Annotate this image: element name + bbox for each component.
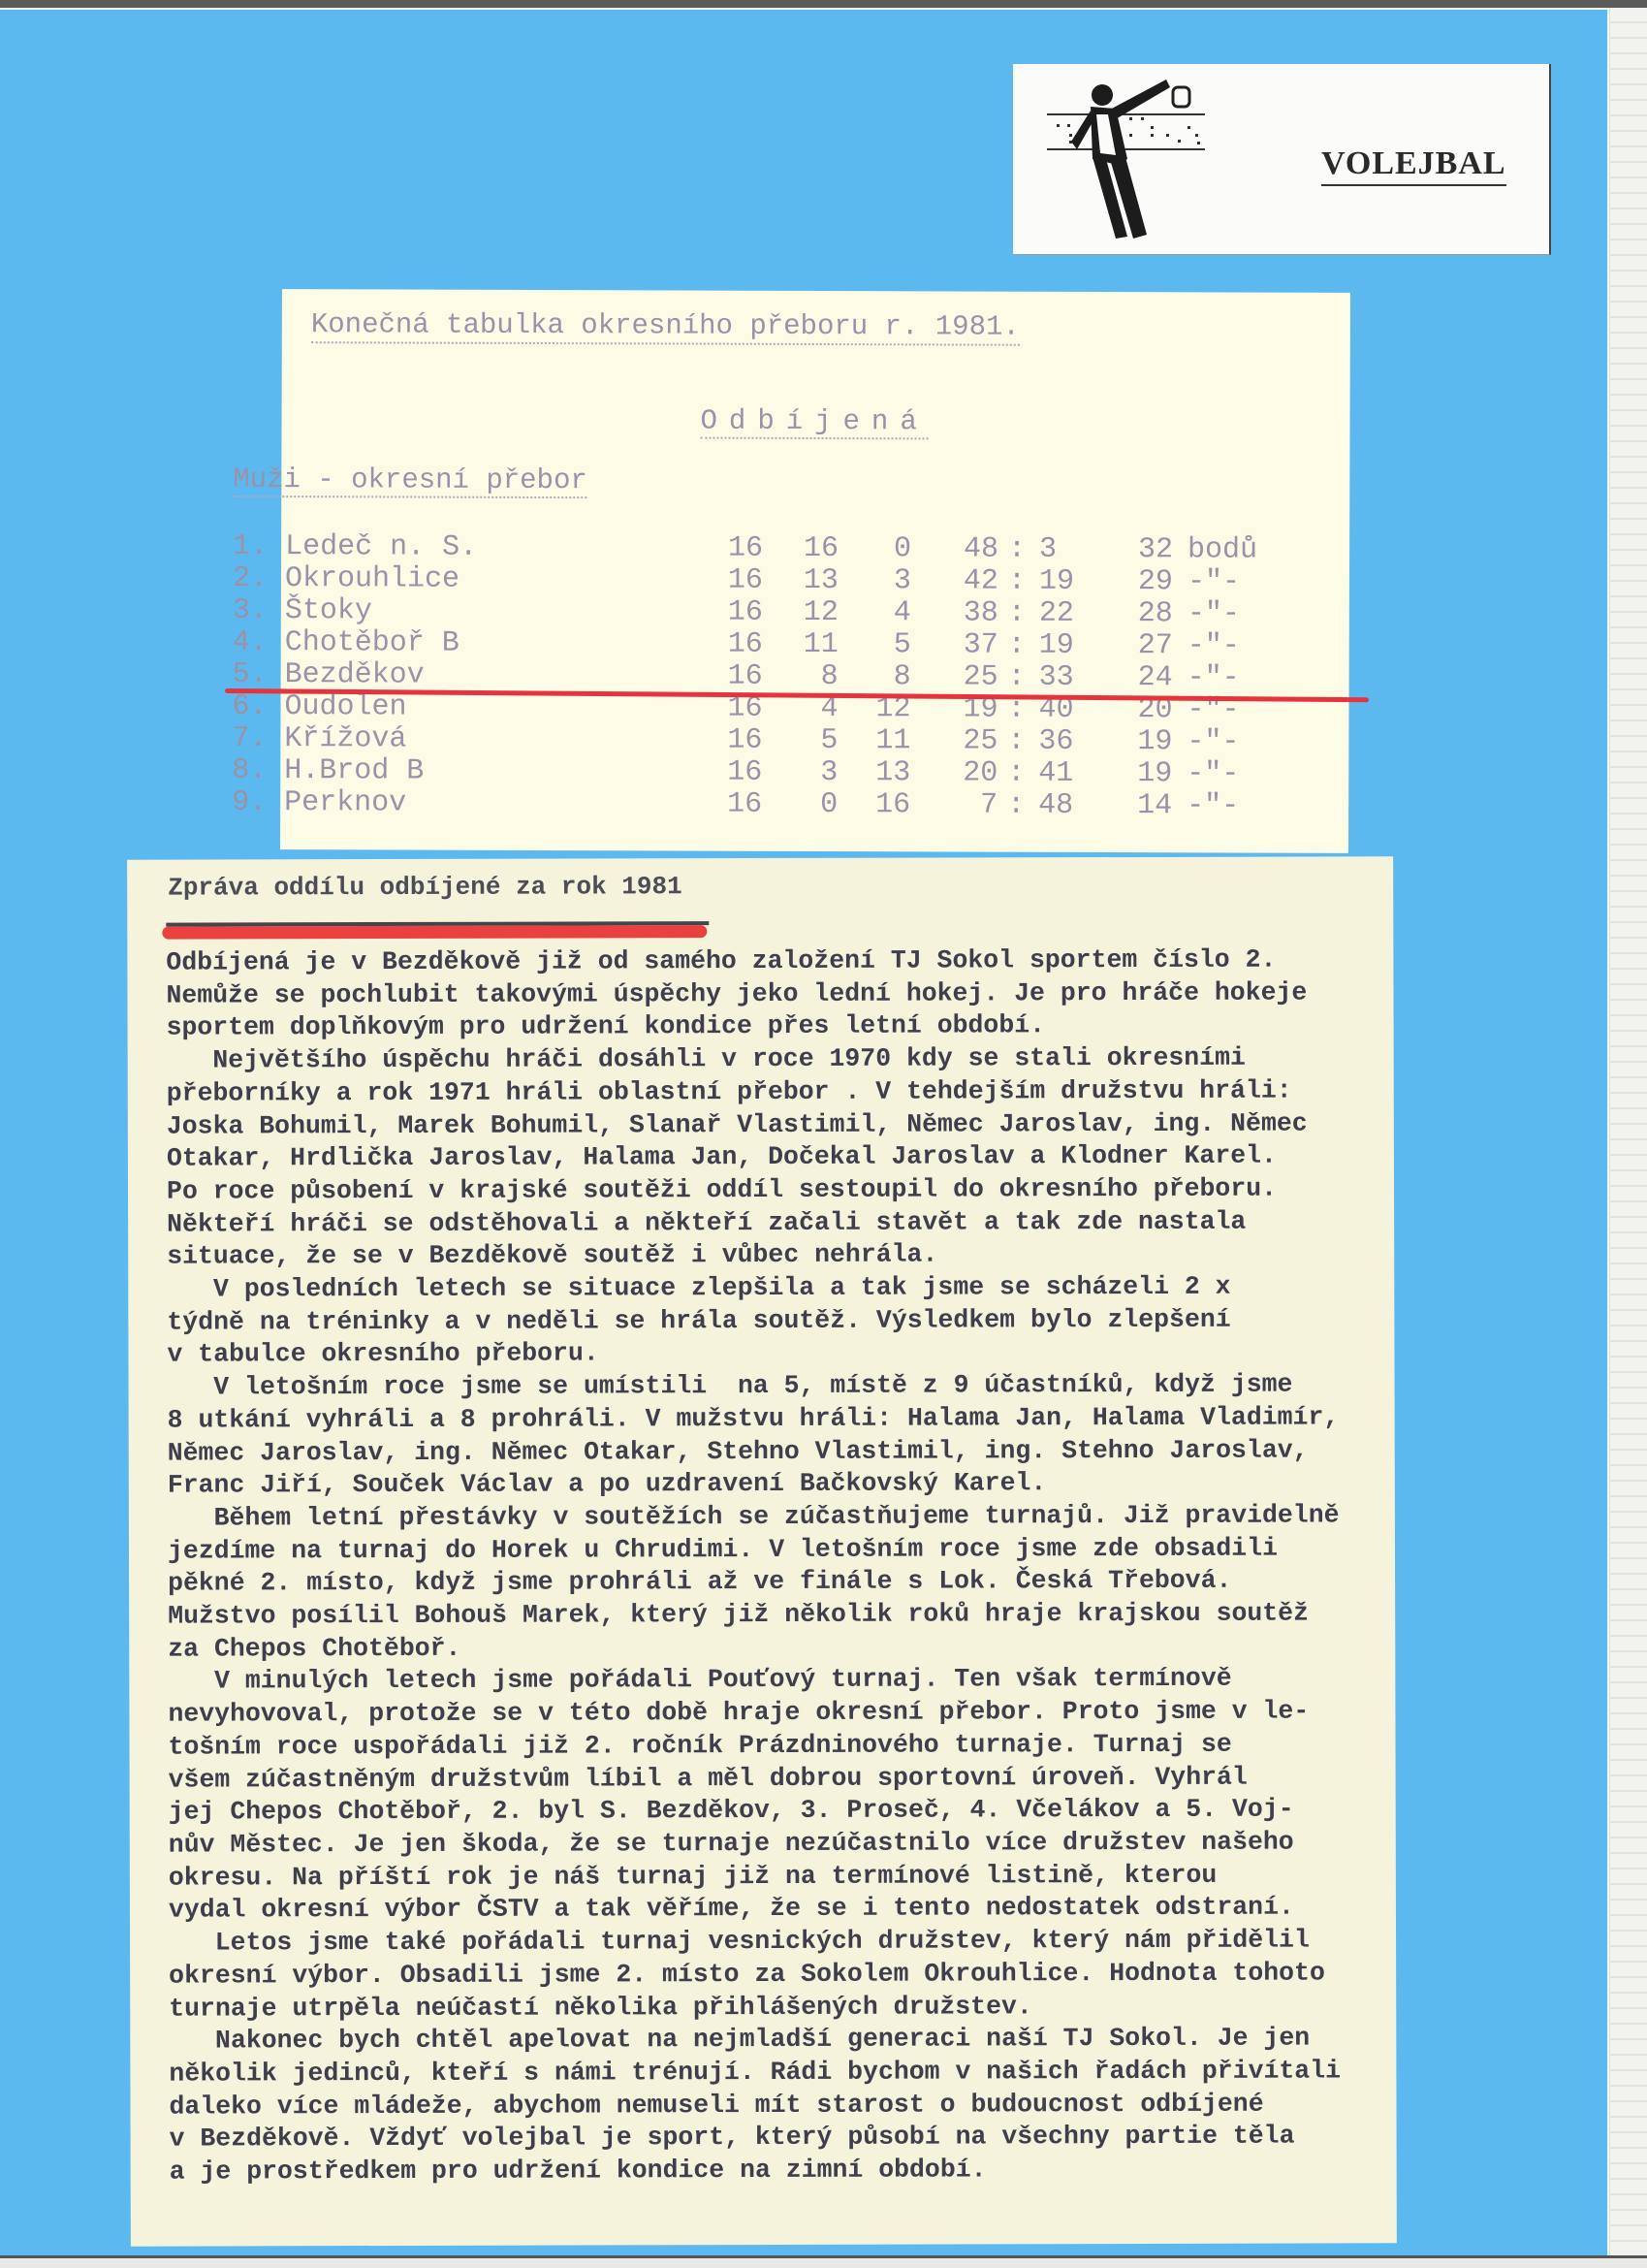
sets-for-cell: 25: [949, 725, 998, 757]
table-row: 3. Štoky1612438:2228-"-: [233, 595, 1347, 631]
points-unit-cell: -"-: [1188, 662, 1240, 694]
points-unit-cell: -"-: [1188, 566, 1240, 598]
report-line: daleko více mládeže, abychom nemuseli mí…: [169, 2088, 1380, 2124]
sets-against-cell: 22: [1039, 598, 1074, 630]
report-line: sportem doplňkovým pro udržení kondice p…: [167, 1009, 1378, 1045]
points-cell: 29: [1124, 566, 1173, 598]
report-line: v tabulce okresního přeboru.: [167, 1336, 1378, 1372]
score-separator: :: [1008, 598, 1026, 630]
report-line: Největšího úspěchu hráči dosáhli v roce …: [167, 1041, 1378, 1077]
lost-cell: 8: [853, 661, 911, 693]
team-cell: 6. Oudolen: [232, 691, 406, 724]
team-cell: 9. Perknov: [232, 787, 406, 820]
sets-against-cell: 48: [1038, 790, 1073, 822]
score-separator: :: [1008, 662, 1026, 694]
report-line: a je prostředkem pro udržení kondice na …: [170, 2153, 1381, 2188]
sets-for-cell: 48: [950, 533, 998, 565]
points-cell: 14: [1124, 790, 1172, 822]
table-row: 8. H.Brod B1631320:4119-"-: [232, 755, 1346, 791]
report-line: vydal okresní výbor ČSTV a tak věříme, ž…: [169, 1892, 1380, 1928]
report-line: Letos jsme také pořádali turnaj vesnický…: [169, 1924, 1380, 1960]
played-cell: 16: [714, 533, 763, 565]
score-separator: :: [1008, 630, 1026, 662]
points-cell: 27: [1124, 630, 1173, 662]
sets-against-cell: 33: [1039, 662, 1074, 694]
sets-against-cell: 41: [1038, 758, 1073, 790]
lost-cell: 16: [852, 789, 910, 821]
scan-top-edge: [0, 0, 1647, 8]
played-cell: 16: [714, 565, 763, 597]
report-line: tošním roce uspořádali již 2. ročník Prá…: [168, 1728, 1379, 1764]
points-cell: 19: [1124, 726, 1172, 758]
won-cell: 13: [780, 565, 839, 597]
lost-cell: 11: [852, 725, 910, 757]
lost-cell: 3: [853, 565, 911, 597]
scan-bottom-edge: [0, 2255, 1647, 2268]
sets-for-cell: 7: [949, 789, 998, 821]
table-row: 2. Okrouhlice1613342:1929-"-: [233, 563, 1347, 599]
report-line: okresu. Na příští rok je náš turnaj již …: [169, 1859, 1380, 1895]
team-cell: 5. Bezděkov: [233, 659, 425, 692]
report-line: Během letní přestávky v soutěžích se zúč…: [168, 1499, 1379, 1535]
played-cell: 16: [713, 693, 762, 725]
score-separator: :: [1007, 790, 1025, 822]
points-cell: 32: [1124, 534, 1173, 566]
volleyball-player-icon: [1032, 72, 1284, 246]
played-cell: 16: [714, 661, 763, 693]
points-unit-cell: -"-: [1187, 790, 1239, 822]
team-cell: 3. Štoky: [233, 595, 372, 628]
league-table-title: Konečná tabulka okresního přeboru r. 198…: [311, 308, 1020, 346]
report-line: Odbíjená je v Bezděkově již od samého za…: [166, 943, 1378, 979]
sets-against-cell: 19: [1039, 630, 1074, 662]
report-line: Někteří hráči se odstěhovali a někteří z…: [167, 1205, 1378, 1241]
report-line: situace, že se v Bezděkově soutěž i vůbe…: [167, 1238, 1378, 1274]
won-cell: 12: [780, 597, 839, 629]
report-line: přeborníky a rok 1971 hráli oblastní pře…: [167, 1074, 1378, 1110]
lost-cell: 5: [853, 629, 911, 661]
sets-against-cell: 3: [1039, 534, 1057, 566]
sport-heading: Odbíjená: [700, 405, 928, 440]
sets-for-cell: 25: [950, 661, 998, 693]
red-marker-underline: [162, 925, 707, 939]
team-cell: 8. H.Brod B: [232, 755, 424, 788]
played-cell: 16: [713, 789, 762, 821]
report-line: V minulých letech jsme pořádali Pouťový …: [168, 1663, 1379, 1699]
points-unit-cell: -"-: [1187, 758, 1239, 790]
played-cell: 16: [714, 597, 763, 629]
score-separator: :: [1008, 534, 1026, 566]
sheet-protector-edge: [1609, 8, 1647, 2257]
points-cell: 28: [1124, 598, 1173, 630]
team-cell: 7. Křížová: [232, 723, 406, 756]
report-line: V posledních letech se situace zlepšila …: [167, 1270, 1378, 1306]
sets-against-cell: 36: [1038, 726, 1073, 758]
report-line: Joska Bohumil, Marek Bohumil, Slanař Vla…: [167, 1107, 1378, 1143]
report-line: jej Chepos Chotěboř, 2. byl S. Bezděkov,…: [169, 1794, 1380, 1830]
report-line: pěkné 2. místo, když jsme prohráli až ve…: [168, 1565, 1379, 1601]
report-line: okresní výbor. Obsadili jsme 2. místo za…: [169, 1957, 1380, 1993]
report-line: turnaje utrpěla neúčastí několika přihlá…: [169, 1990, 1380, 2026]
report-line: V letošním roce jsme se umístili na 5, m…: [168, 1368, 1379, 1404]
standings-table: 1. Ledeč n. S.1616048:332bodů2. Okrouhli…: [232, 531, 1347, 823]
report-clipping: Zpráva oddílu odbíjené za rok 1981 Odbíj…: [127, 856, 1397, 2246]
played-cell: 16: [713, 757, 762, 789]
report-line: nevyhovoval, protože se v této době hraj…: [168, 1696, 1379, 1732]
table-row: 9. Perknov160167:4814-"-: [232, 787, 1346, 823]
lost-cell: 0: [853, 533, 911, 565]
volleyball-header-card: VOLEJBAL: [1013, 64, 1551, 255]
report-line: v Bezděkově. Vždyť volejbal je sport, kt…: [170, 2121, 1381, 2156]
score-separator: :: [1007, 726, 1025, 758]
lost-cell: 4: [853, 597, 911, 629]
sets-against-cell: 19: [1039, 566, 1074, 598]
won-cell: 3: [779, 757, 838, 789]
sets-for-cell: 20: [949, 757, 998, 789]
report-line: týdně na tréninky a v neděli se hrála so…: [167, 1303, 1378, 1339]
played-cell: 16: [714, 629, 763, 661]
table-row: 7. Křížová1651125:3619-"-: [232, 723, 1346, 759]
points-cell: 19: [1124, 758, 1172, 790]
points-unit-cell: -"-: [1187, 726, 1239, 758]
report-line: Nakonec bych chtěl apelovat na nejmladší…: [169, 2023, 1380, 2059]
league-name: Muži - okresní přebor: [233, 463, 587, 498]
points-unit-cell: bodů: [1188, 534, 1257, 566]
team-cell: 4. Chotěboř B: [233, 627, 459, 660]
report-line: Otakar, Hrdlička Jaroslav, Halama Jan, D…: [167, 1140, 1378, 1176]
report-line: Po roce působení v krajské soutěži oddíl…: [167, 1172, 1378, 1208]
report-body: Odbíjená je v Bezděkově již od samého za…: [166, 943, 1380, 2188]
points-unit-cell: -"-: [1188, 598, 1240, 630]
report-line: Němec Jaroslav, ing. Němec Otakar, Stehn…: [168, 1434, 1379, 1470]
won-cell: 0: [779, 789, 838, 821]
report-line: nův Městec. Je jen škoda, že se turnaje …: [169, 1826, 1380, 1862]
table-row: 1. Ledeč n. S.1616048:332bodů: [233, 531, 1347, 567]
report-line: několik jedinců, kteří s námi trénují. R…: [169, 2055, 1380, 2091]
sets-for-cell: 42: [950, 565, 998, 597]
won-cell: 16: [780, 533, 839, 565]
report-line: 8 utkání vyhráli a 8 prohráli. V mužstvu…: [168, 1401, 1379, 1437]
won-cell: 8: [780, 661, 839, 693]
sets-for-cell: 37: [950, 629, 998, 661]
league-table-clipping: Konečná tabulka okresního přeboru r. 198…: [280, 289, 1350, 853]
report-line: za Chepos Chotěboř.: [168, 1630, 1379, 1666]
report-line: Franc Jiří, Souček Václav a po uzdravení…: [168, 1467, 1379, 1503]
header-card-title: VOLEJBAL: [1321, 145, 1506, 186]
team-cell: 2. Okrouhlice: [233, 563, 459, 596]
report-line: všem zúčastněným družstvům líbil a měl d…: [169, 1761, 1380, 1797]
team-cell: 1. Ledeč n. S.: [233, 531, 477, 564]
played-cell: 16: [713, 725, 762, 757]
report-line: Nemůže se pochlubit takovými úspěchy jek…: [166, 976, 1378, 1012]
points-unit-cell: -"-: [1188, 630, 1240, 662]
score-separator: :: [1007, 758, 1025, 790]
table-row: 4. Chotěboř B1611537:1927-"-: [233, 627, 1347, 663]
report-title: Zpráva oddílu odbíjené za rok 1981: [168, 872, 682, 902]
lost-cell: 13: [852, 757, 910, 789]
report-line: jezdíme na turnaj do Horek u Chrudimi. V…: [168, 1532, 1379, 1568]
won-cell: 5: [779, 725, 838, 757]
sets-for-cell: 38: [950, 597, 998, 629]
won-cell: 11: [780, 629, 839, 661]
score-separator: :: [1008, 566, 1026, 598]
points-cell: 24: [1124, 662, 1173, 694]
blue-mounting-board: VOLEJBAL Konečná tabulka okresního přebo…: [0, 10, 1607, 2255]
report-line: Mužstvo posílil Bohouš Marek, který již …: [168, 1597, 1379, 1633]
